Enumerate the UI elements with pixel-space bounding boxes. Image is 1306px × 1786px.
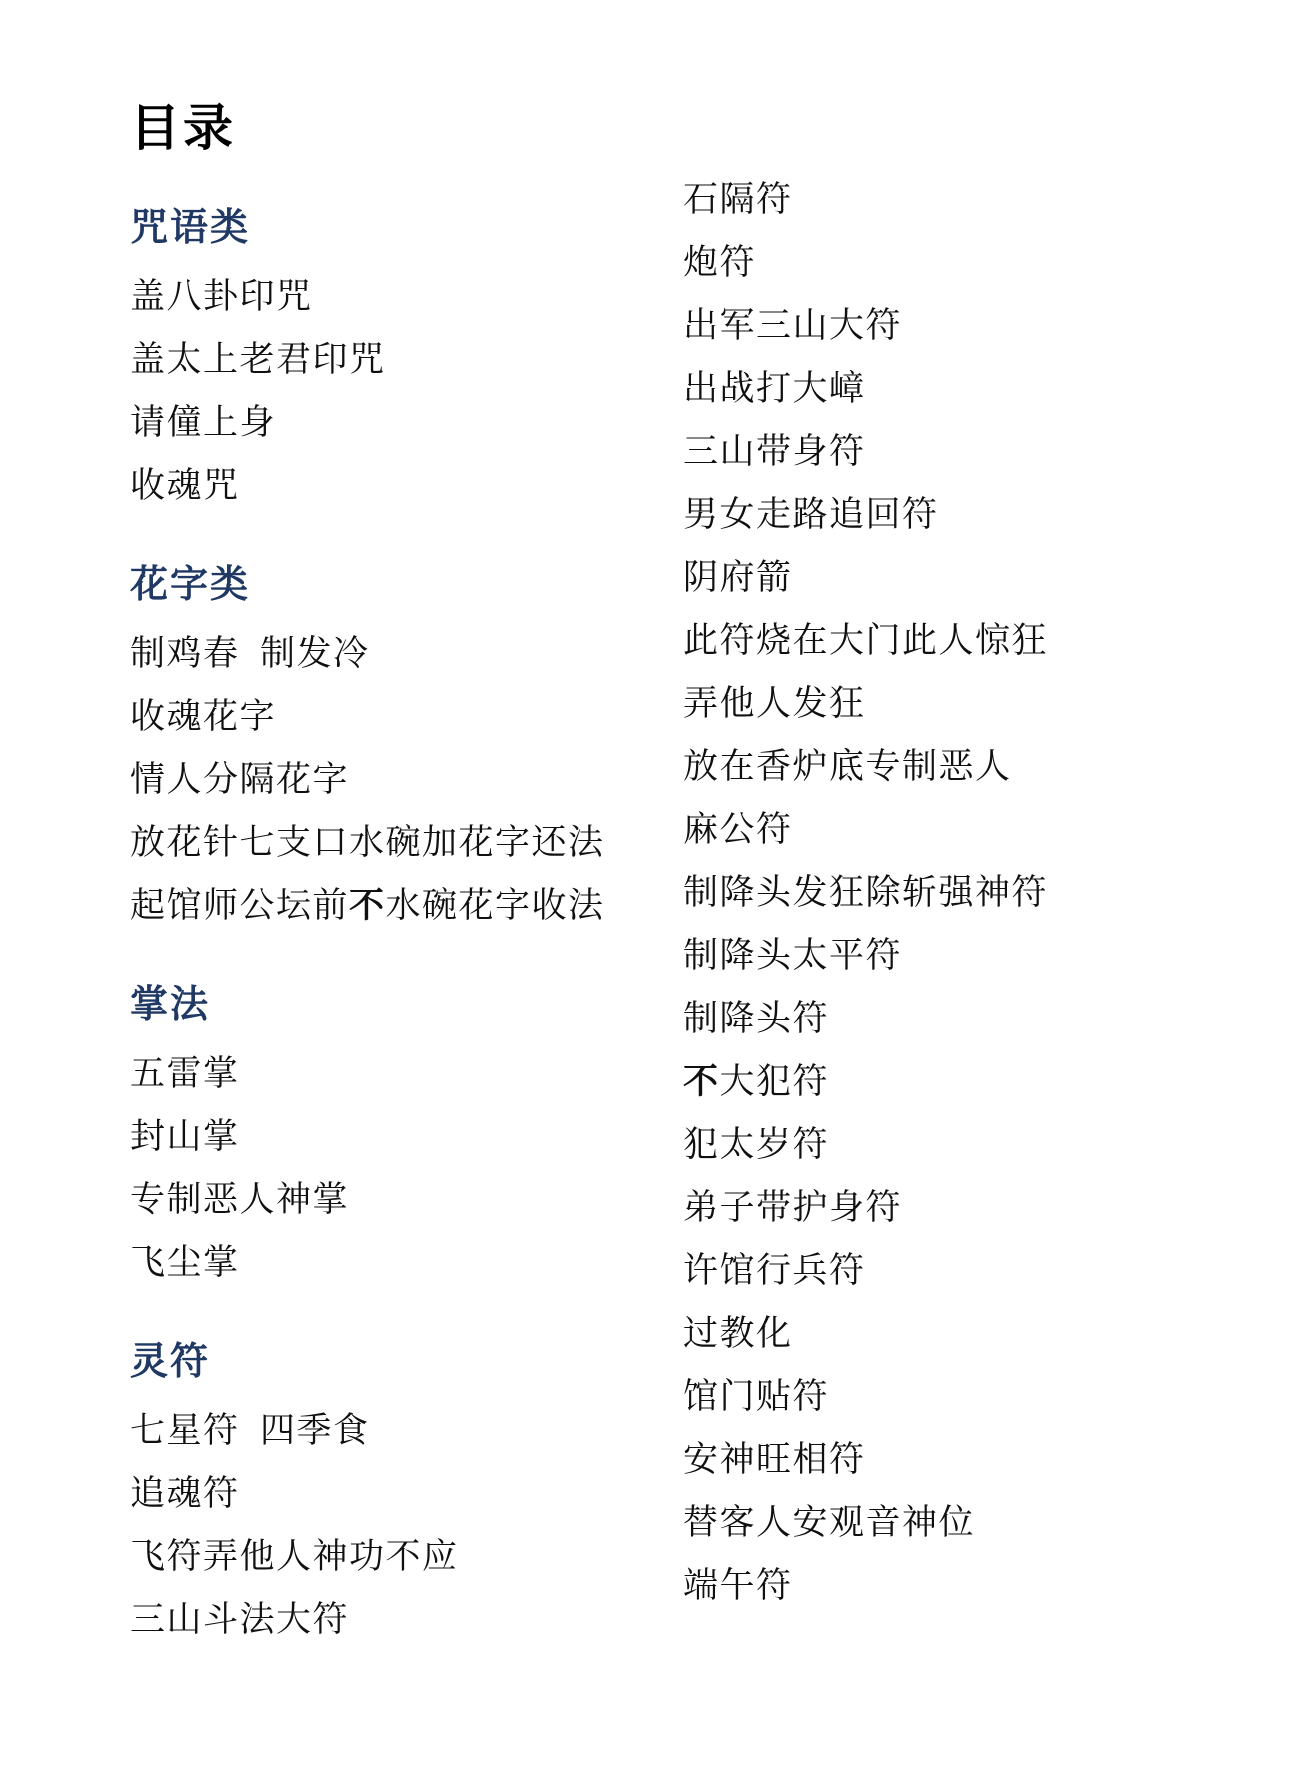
toc-item: 情人分隔花字 — [130, 748, 670, 811]
section-heading-zhangfa: 掌法 — [130, 973, 670, 1037]
section-heading-lingfu: 灵符 — [130, 1330, 670, 1394]
toc-item: 石隔符 — [683, 168, 1283, 231]
toc-item: 三山斗法大符 — [130, 1588, 670, 1651]
toc-item: 许馆行兵符 — [683, 1239, 1283, 1302]
toc-item: 五雷掌 — [130, 1042, 670, 1105]
toc-item-text-alt-glyph: 不 — [683, 1062, 720, 1102]
toc-item: 封山掌 — [130, 1105, 670, 1168]
toc-item-text-post: 水碗花字收法 — [386, 886, 605, 925]
section-heading-zhouyu-lei: 咒语类 — [130, 196, 670, 260]
toc-item: 放花针七支口水碗加花字还法 — [130, 811, 670, 874]
document-page: 目录 咒语类 盖八卦印咒 盖太上老君印咒 请僮上身 收魂咒 花字类 制鸡春 制发… — [0, 0, 1306, 1786]
toc-item: 弄他人发狂 — [683, 672, 1283, 735]
toc-item: 馆门贴符 — [683, 1365, 1283, 1428]
toc-item: 出战打大嶂 — [683, 357, 1283, 420]
toc-item-text-post: 大犯符 — [720, 1062, 830, 1101]
toc-item: 出军三山大符 — [683, 294, 1283, 357]
toc-left-column: 目录 咒语类 盖八卦印咒 盖太上老君印咒 请僮上身 收魂咒 花字类 制鸡春 制发… — [130, 0, 670, 1651]
toc-item: 制降头太平符 — [683, 924, 1283, 987]
toc-item: 制降头符 — [683, 987, 1283, 1050]
toc-item: 专制恶人神掌 — [130, 1168, 670, 1231]
toc-item-text-alt-glyph: 不 — [349, 886, 386, 926]
toc-item: 弟子带护身符 — [683, 1176, 1283, 1239]
toc-item: 阴府箭 — [683, 546, 1283, 609]
toc-item: 追魂符 — [130, 1462, 670, 1525]
toc-item: 制降头发狂除斩强神符 — [683, 861, 1283, 924]
section-heading-huazi-lei: 花字类 — [130, 553, 670, 617]
toc-item: 炮符 — [683, 231, 1283, 294]
toc-item: 麻公符 — [683, 798, 1283, 861]
toc-item: 飞符弄他人神功不应 — [130, 1525, 670, 1588]
toc-item: 犯太岁符 — [683, 1113, 1283, 1176]
toc-item: 收魂花字 — [130, 685, 670, 748]
toc-item: 三山带身符 — [683, 420, 1283, 483]
toc-item: 端午符 — [683, 1554, 1283, 1617]
toc-item: 安神旺相符 — [683, 1428, 1283, 1491]
toc-item: 请僮上身 — [130, 391, 670, 454]
toc-item: 男女走路追回符 — [683, 483, 1283, 546]
toc-item-text-pre: 起馆师公坛前 — [130, 886, 349, 925]
toc-item: 收魂咒 — [130, 454, 670, 517]
toc-item: 此符烧在大门此人惊狂 — [683, 609, 1283, 672]
toc-item: 飞尘掌 — [130, 1231, 670, 1294]
toc-item: 制鸡春 制发冷 — [130, 622, 670, 685]
toc-item: 过教化 — [683, 1302, 1283, 1365]
toc-right-column: 石隔符 炮符 出军三山大符 出战打大嶂 三山带身符 男女走路追回符 阴府箭 此符… — [683, 168, 1283, 1617]
toc-item: 盖八卦印咒 — [130, 265, 670, 328]
toc-item: 起馆师公坛前不水碗花字收法 — [130, 874, 670, 937]
toc-item: 放在香炉底专制恶人 — [683, 735, 1283, 798]
toc-item: 不大犯符 — [683, 1050, 1283, 1113]
toc-item: 盖太上老君印咒 — [130, 328, 670, 391]
toc-item: 七星符 四季食 — [130, 1399, 670, 1462]
page-title: 目录 — [130, 96, 670, 160]
toc-item: 替客人安观音神位 — [683, 1491, 1283, 1554]
